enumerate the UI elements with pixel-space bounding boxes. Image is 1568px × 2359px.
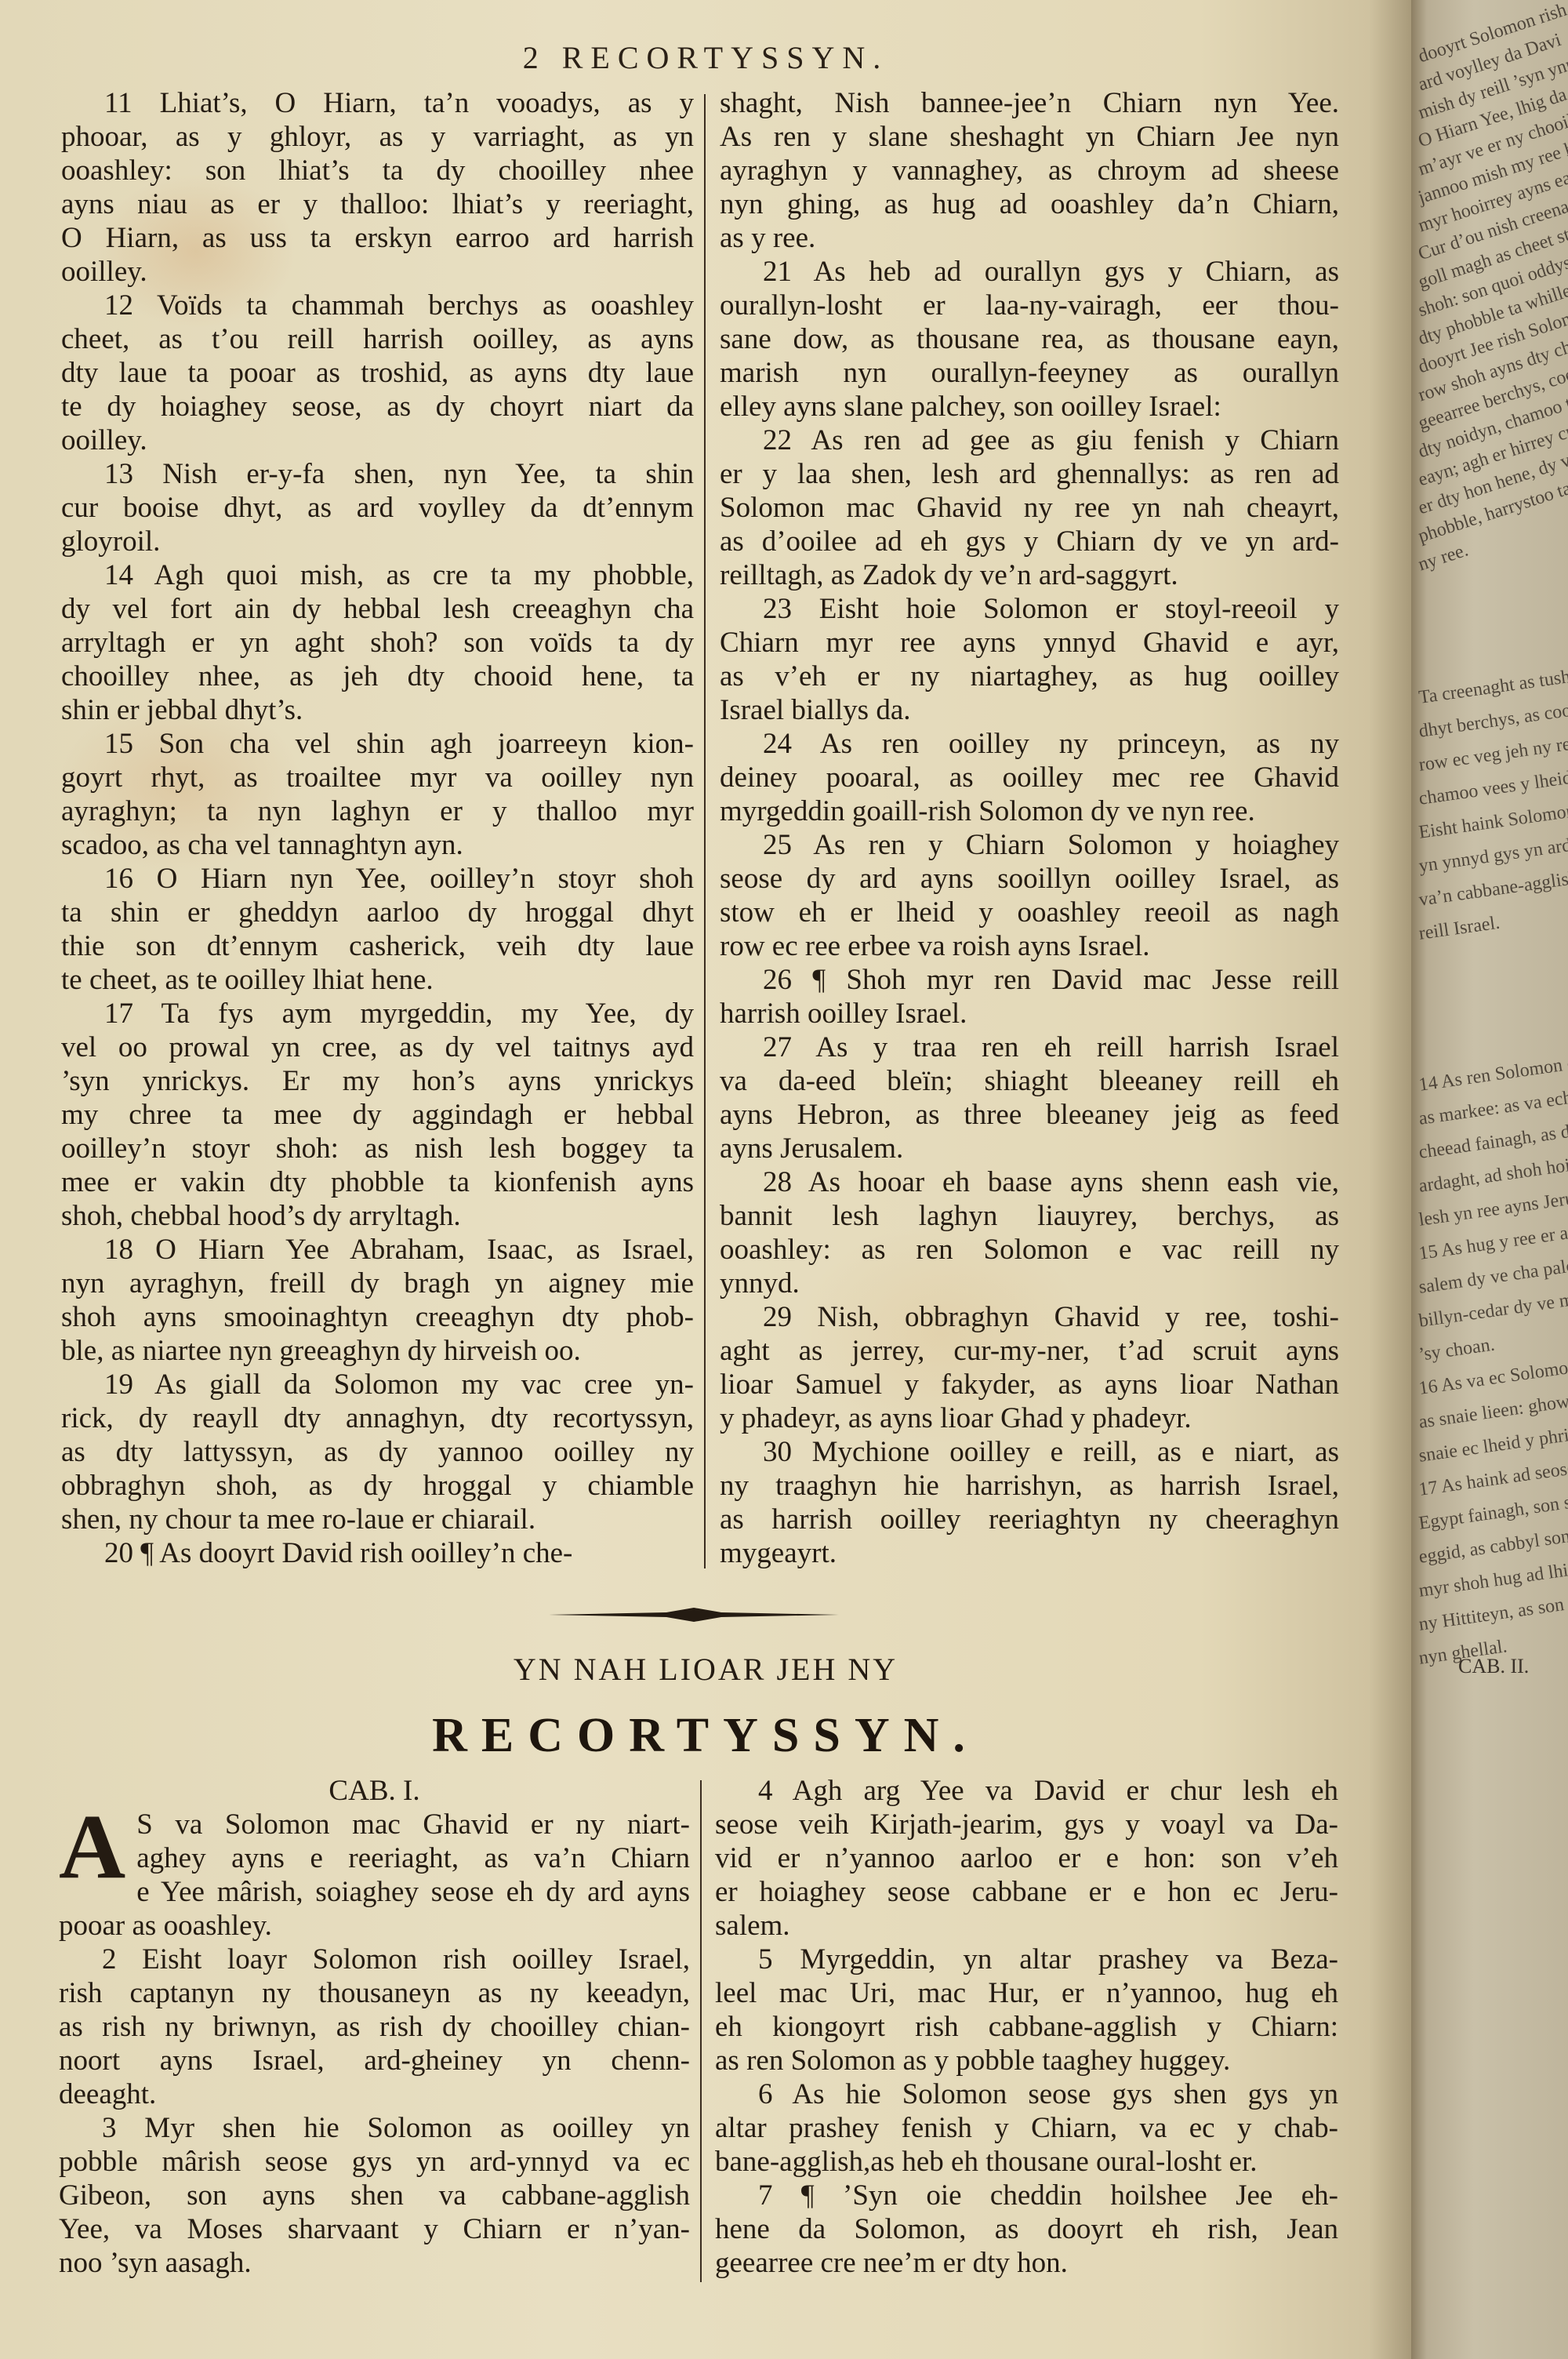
text-line: va da-eed bleïn; shiaght bleeaney reill … [720,1064,1339,1098]
text-line: e Yee mârish, soiaghey seose eh dy ard a… [59,1875,690,1909]
book-page: 2 RECORTYSSYN. 11 Lhiat’s, O Hiarn, ta’n… [0,0,1411,2359]
text-line: Gibeon, son ayns shen va cabbane-agglish [59,2179,690,2212]
chapter-heading: CAB. I. [59,1774,690,1808]
verse-start-line: 13 Nish er-y-fa shen, nyn Yee, ta shin [61,457,694,491]
verse-start-line: 21 As heb ad ourallyn gys y Chiarn, as [720,255,1339,289]
text-line: ooilley. [61,423,694,457]
column-divider-bottom [700,1780,702,2282]
text-line: mygeayrt. [720,1536,1339,1570]
text-line: myrgeddin goaill-rish Solomon dy ve nyn … [720,794,1339,828]
verse-start-line: 5 Myrgeddin, yn altar prashey va Beza- [715,1943,1338,1976]
text-line: ’syn ynrickys. Er my hon’s ayns ynrickys [61,1064,694,1098]
verse-start-line: 29 Nish, obbraghyn Ghavid y ree, toshi- [720,1300,1339,1334]
drop-cap: A [59,1811,125,1883]
verse-start-line: 20 ¶ As dooyrt David rish ooilley’n che- [61,1536,694,1570]
text-column-top-left: 11 Lhiat’s, O Hiarn, ta’n vooadys, as yp… [61,86,694,1570]
text-line: Yee, va Moses sharvaant y Chiarn er n’ya… [59,2212,690,2246]
verse-start-line: 12 Voïds ta chammah berchys as ooashley [61,289,694,322]
book-title: RECORTYSSYN. [0,1708,1411,1764]
adjacent-page-edge: CAB. II. dooyrt Solomon rish Daard voyll… [1411,0,1568,2359]
verse-start-line: 2 Eisht loayr Solomon rish ooilley Israe… [59,1943,690,1976]
verse-start-line: 6 As hie Solomon seose gys shen gys yn [715,2077,1338,2111]
text-line: vel oo prowal yn cree, as dy vel taitnys… [61,1030,694,1064]
text-line: row ec ree erbee va roish ayns Israel. [720,929,1339,963]
text-line: bane-agglish,as heb eh thousane oural-lo… [715,2145,1338,2179]
text-column-top-right: shaght, Nish bannee-jee’n Chiarn nyn Yee… [720,86,1339,1570]
text-line: As ren y slane sheshaght yn Chiarn Jee n… [720,120,1339,154]
text-line: dy vel fort ain dy hebbal lesh creeaghyn… [61,592,694,626]
text-line: Chiarn myr ree ayns ynnyd Ghavid e ayr, [720,626,1339,660]
verse-start-line: 11 Lhiat’s, O Hiarn, ta’n vooadys, as y [61,86,694,120]
text-line: rish captanyn ny thousaneyn as ny keeady… [59,1976,690,2010]
text-line: my chree ta mee dy aggindagh er hebbal [61,1098,694,1132]
text-line: vid er n’yannoo aarloo er e hon: son v’e… [715,1841,1338,1875]
text-line: scadoo, as cha vel tannaghtyn ayn. [61,828,694,862]
text-line: shen, ny chour ta mee ro-laue er chiarai… [61,1503,694,1536]
text-line: te cheet, as te ooilley lhiat hene. [61,963,694,997]
text-line: ayraghyn; ta nyn laghyn er y thalloo myr [61,794,694,828]
text-line: leel mac Uri, mac Hur, er n’yannoo, hug … [715,1976,1338,2010]
text-line: lioar Samuel y fakyder, as ayns lioar Na… [720,1368,1339,1401]
verse-start-line: 4 Agh arg Yee va David er chur lesh eh [715,1774,1338,1808]
book-supertitle: YN NAH LIOAR JEH NY [0,1651,1411,1688]
text-line: gloyroil. [61,525,694,558]
text-line: altar prashey fenish y Chiarn, va ec y c… [715,2111,1338,2145]
text-line: reilltagh, as Zadok dy ve’n ard-saggyrt. [720,558,1339,592]
text-line: ooashley: as ren Solomon e vac reill ny [720,1233,1339,1267]
text-line: ble, as niartee nyn greeaghyn dy hirveis… [61,1334,694,1368]
column-divider-top [704,94,706,1568]
text-line: aghey ayns e reeriaght, as va’n Chiarn [59,1841,690,1875]
text-line: elley ayns slane palchey, son ooilley Is… [720,390,1339,423]
text-line: noort ayns Israel, ard-gheiney yn chenn- [59,2044,690,2077]
text-line: as d’ooilee ad eh gys y Chiarn dy ve yn … [720,525,1339,558]
text-line: as harrish ooilley reeriaghtyn ny cheera… [720,1503,1339,1536]
text-line: rick, dy reayll dty annaghyn, dty recort… [61,1401,694,1435]
text-line: shoh, chebbal hood’s dy arryltagh. [61,1199,694,1233]
verse-start-line: 22 As ren ad gee as giu fenish y Chiarn [720,423,1339,457]
verse-start-line: 16 O Hiarn nyn Yee, ooilley’n stoyr shoh [61,862,694,896]
text-line: seose veih Kirjath-jearim, gys y voayl v… [715,1808,1338,1841]
text-line: harrish ooilley Israel. [720,997,1339,1030]
ornament-divider-icon [549,1606,839,1623]
text-line: seose dy ard ayns sooillyn ooilley Israe… [720,862,1339,896]
text-line: sane dow, as thousane rea, as thousane e… [720,322,1339,356]
text-line: cur booise dhyt, as ard voylley da dt’en… [61,491,694,525]
text-line: O Hiarn, as uss ta erskyn earroo ard har… [61,221,694,255]
text-line: ayraghyn y vannaghey, as chroym ad shees… [720,154,1339,187]
verse-start-line: 27 As y traa ren eh reill harrish Israel [720,1030,1339,1064]
text-line: ta shin er gheddyn aarloo dy hroggal dhy… [61,896,694,929]
text-line: stow eh er lheid y ooashley reeoil as na… [720,896,1339,929]
text-line: goyrt rhyt, as troailtee myr va ooilley … [61,761,694,794]
text-line: deiney pooaral, as ooilley mec ree Ghavi… [720,761,1339,794]
text-line: arryltagh er yn aght shoh? son voïds ta … [61,626,694,660]
text-line: as ren Solomon as y pobble taaghey hugge… [715,2044,1338,2077]
verse-start-line: 7 ¶ ’Syn oie cheddin hoilshee Jee eh- [715,2179,1338,2212]
verse-start-line: 17 Ta fys aym myrgeddin, my Yee, dy [61,997,694,1030]
text-line: thie son dt’ennym casherick, veih dty la… [61,929,694,963]
text-line: as v’eh er ny niartaghey, as hug ooilley [720,660,1339,693]
text-line: Solomon mac Ghavid ny ree yn nah cheayrt… [720,491,1339,525]
chapter-text-left: S va Solomon mac Ghavid er ny niart-aghe… [59,1808,690,2280]
verse-start-line: 30 Mychione ooilley e reill, as e niart,… [720,1435,1339,1469]
verse-start-line: 26 ¶ Shoh myr ren David mac Jesse reill [720,963,1339,997]
text-line: geearree cre nee’m er dty hon. [715,2246,1338,2280]
text-line: shaght, Nish bannee-jee’n Chiarn nyn Yee… [720,86,1339,120]
text-line: pobble mârish seose gys yn ard-ynnyd va … [59,2145,690,2179]
text-column-bottom-left: CAB. I. A S va Solomon mac Ghavid er ny … [59,1774,690,2280]
text-line: ynnyd. [720,1267,1339,1300]
text-line: te dy hoiaghey seose, as dy choyrt niart… [61,390,694,423]
running-head: 2 RECORTYSSYN. [0,39,1411,76]
text-line: aght as jerrey, cur-my-ner, t’ad scruit … [720,1334,1339,1368]
verse-start-line: 25 As ren y Chiarn Solomon y hoiaghey [720,828,1339,862]
text-line: phooar, as y ghloyr, as y varriaght, as … [61,120,694,154]
adjacent-text-fragment: Ta creenaght as tushtey gialli [1417,660,1568,709]
verse-start-line: 18 O Hiarn Yee Abraham, Isaac, as Israel… [61,1233,694,1267]
text-line: ny traaghyn hie harrishyn, as harrish Is… [720,1469,1339,1503]
text-line: shoh ayns smooinaghtyn creeaghyn dty pho… [61,1300,694,1334]
text-line: chooilley nhee, as jeh dty chooid hene, … [61,660,694,693]
text-line: y phadeyr, as ayns lioar Ghad y phadeyr. [720,1401,1339,1435]
text-line: shin er jebbal dhyt’s. [61,693,694,727]
text-line: ooashley: son lhiat’s ta dy chooilley nh… [61,154,694,187]
text-line: dty laue ta pooar as troshid, as ayns dt… [61,356,694,390]
text-line: er hoiaghey seose cabbane er e hon ec Je… [715,1875,1338,1909]
verse-start-line: 3 Myr shen hie Solomon as ooilley yn [59,2111,690,2145]
text-line: cheet, as t’ou reill harrish ooilley, as… [61,322,694,356]
text-line: obbraghyn shoh, as dy hroggal y chiamble [61,1469,694,1503]
text-line: ayns Hebron, as three bleeaney jeig as f… [720,1098,1339,1132]
adjacent-text-fragment: 14 As ren Solomon chaglym [1417,1047,1568,1096]
text-line: ooilley. [61,255,694,289]
verse-start-line: 19 As giall da Solomon my vac cree yn- [61,1368,694,1401]
text-line: ayns niau as er y thalloo: lhiat’s y ree… [61,187,694,221]
text-line: noo ’syn aasagh. [59,2246,690,2280]
verse-start-line: 28 As hooar eh baase ayns shenn eash vie… [720,1165,1339,1199]
text-line: eh kiongoyrt rish cabbane-agglish y Chia… [715,2010,1338,2044]
text-line: ourallyn-losht er laa-ny-vairagh, eer th… [720,289,1339,322]
text-column-bottom-right: 4 Agh arg Yee va David er chur lesh ehse… [715,1774,1338,2280]
text-line: mee er vakin dty phobble ta kionfenish a… [61,1165,694,1199]
text-line: nyn ghing, as hug ad ooashley da’n Chiar… [720,187,1339,221]
text-line: as rish ny briwnyn, as rish dy chooilley… [59,2010,690,2044]
text-line: hene da Solomon, as dooyrt eh rish, Jean [715,2212,1338,2246]
text-line: deeaght. [59,2077,690,2111]
verse-start-line: 24 As ren ooilley ny princeyn, as ny [720,727,1339,761]
verse-start-line: 23 Eisht hoie Solomon er stoyl-reeoil y [720,592,1339,626]
text-line: Israel biallys da. [720,693,1339,727]
text-line: ooilley’n stoyr shoh: as nish lesh bogge… [61,1132,694,1165]
text-line: pooar as ooashley. [59,1909,690,1943]
text-line: marish nyn ourallyn-feeyney as ourallyn [720,356,1339,390]
text-line: bannit lesh laghyn liauyrey, berchys, as [720,1199,1339,1233]
text-line: ayns Jerusalem. [720,1132,1339,1165]
text-line: as y ree. [720,221,1339,255]
text-line: salem. [715,1909,1338,1943]
verse-start-line: 14 Agh quoi mish, as cre ta my phobble, [61,558,694,592]
verse-start-line: 15 Son cha vel shin agh joarreeyn kion- [61,727,694,761]
text-line: S va Solomon mac Ghavid er ny niart- [59,1808,690,1841]
text-line: er y laa shen, lesh ard ghennallys: as r… [720,457,1339,491]
text-line: as dty lattyssyn, as dy yannoo ooilley n… [61,1435,694,1469]
text-line: nyn ayraghyn, freill dy bragh yn aigney … [61,1267,694,1300]
